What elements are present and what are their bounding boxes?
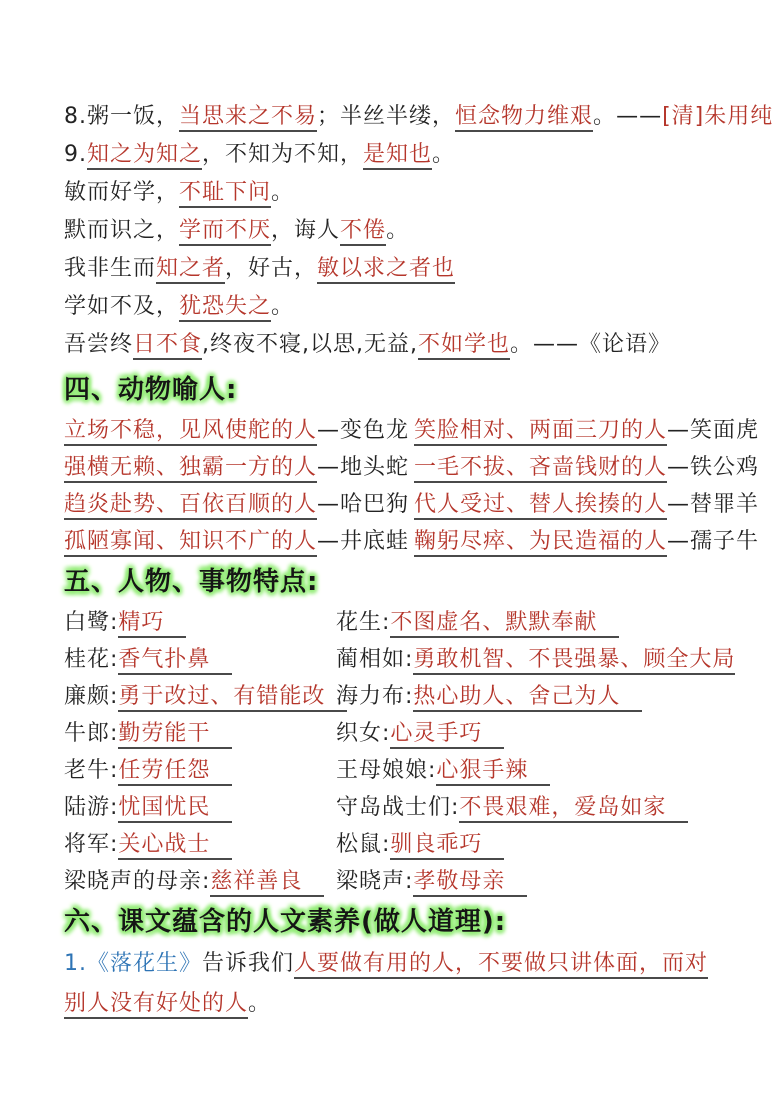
text-segment: 花生: [336,610,390,635]
text-segment: 知之为知之 [87,142,202,170]
text-segment: ，不知为不知， [202,142,363,167]
text-segment: 廉颇: [64,684,118,709]
text-segment: 王母娘娘: [336,758,436,783]
text-segment: 趋炎赴势、百依百顺的人 [64,492,317,520]
trait-cell-right: 海力布:热心助人、舍己为人 [336,678,724,715]
quote-line: 我非生而知之者，好古，敏以求之者也 [64,250,724,288]
text-segment: 。 [271,294,294,319]
text-segment: 关心战士 [118,832,232,860]
text-segment: 蔺相如: [336,647,413,672]
text-segment: 守岛战士们: [336,795,459,820]
text-segment: 心狠手辣 [436,758,550,786]
text-segment: 慈祥善良 [210,869,324,897]
text-segment: 9. [64,142,87,167]
text-segment: 是知也 [363,142,432,170]
text-segment: 8.粥一饭， [64,104,179,129]
animal-cell-right: 一毛不拔、吝啬钱财的人—铁公鸡 [414,449,759,486]
text-segment: 1.《落花生》 [64,951,202,976]
quote-line: 默而识之，学而不厌，诲人不倦。 [64,212,724,250]
text-segment: 老牛: [64,758,118,783]
text-segment: 一毛不拔、吝啬钱财的人 [414,455,667,483]
document-page: 8.粥一饭，当思来之不易；半丝半缕，恒念物力维艰。——[清]朱用纯 9.知之为知… [0,0,780,1103]
text-segment: 勤劳能干 [118,721,232,749]
trait-row: 牛郎:勤劳能干 织女:心灵手巧 [64,715,724,752]
animal-cell-right: 笑脸相对、两面三刀的人—笑面虎 [414,412,759,449]
text-segment: 敏而好学， [64,180,179,205]
text-segment: —— [616,104,662,129]
trait-cell-left: 桂花:香气扑鼻 [64,641,336,678]
text-segment: 忧国忧民 [118,795,232,823]
text-segment: 海力布: [336,684,413,709]
trait-cell-left: 将军:关心战士 [64,826,336,863]
trait-cell-right: 花生:不图虚名、默默奉献 [336,604,724,641]
animal-cell-right: 鞠躬尽瘁、为民造福的人—孺子牛 [414,523,759,560]
quote-line: 敏而好学，不耻下问。 [64,174,724,212]
text-segment: 我非生而 [64,256,156,281]
trait-cell-right: 梁晓声:孝敬母亲 [336,863,724,900]
text-segment: 香气扑鼻 [118,647,232,675]
text-segment: 梁晓声: [336,869,413,894]
trait-row: 将军:关心战士 松鼠:驯良乖巧 [64,826,724,863]
text-segment: 鞠躬尽瘁、为民造福的人 [414,529,667,557]
text-segment: 驯良乖巧 [390,832,504,860]
animal-row: 孤陋寡闻、知识不广的人—井底蛙 鞠躬尽瘁、为民造福的人—孺子牛 [64,523,724,560]
text-segment: 不畏艰难，爱岛如家 [459,795,688,823]
text-segment: 强横无赖、独霸一方的人 [64,455,317,483]
text-segment: 勇于改过、有错能改 [118,684,347,712]
trait-cell-right: 王母娘娘:心狠手辣 [336,752,724,789]
trait-row: 白鹭:精巧 花生:不图虚名、默默奉献 [64,604,724,641]
animal-row: 立场不稳，见风使舵的人—变色龙 笑脸相对、两面三刀的人—笑面虎 [64,412,724,449]
text-segment: ,终夜不寝,以思,无益, [202,332,418,357]
text-segment: 热心助人、舍己为人 [413,684,642,712]
animal-cell-right: 代人受过、替人挨揍的人—替罪羊 [414,486,759,523]
text-segment: 桂花: [64,647,118,672]
text-segment: —替罪羊 [667,492,759,517]
animal-cell-left: 趋炎赴势、百依百顺的人—哈巴狗 [64,486,414,523]
animal-row: 趋炎赴势、百依百顺的人—哈巴狗 代人受过、替人挨揍的人—替罪羊 [64,486,724,523]
trait-cell-left: 梁晓声的母亲:慈祥善良 [64,863,336,900]
text-segment: 敏以求之者也 [317,256,455,284]
text-segment: 代人受过、替人挨揍的人 [414,492,667,520]
animal-row: 强横无赖、独霸一方的人—地头蛇 一毛不拔、吝啬钱财的人—铁公鸡 [64,449,724,486]
section-traits: 五、人物、事物特点: 白鹭:精巧 花生:不图虚名、默默奉献 桂花:香气扑鼻 蔺相… [64,560,724,900]
text-segment: 松鼠: [336,832,390,857]
text-segment: 心灵手巧 [390,721,504,749]
text-segment: 笑脸相对、两面三刀的人 [414,418,667,446]
section-lessons: 六、课文蕴含的人文素养(做人道理): 1.《落花生》告诉我们人要做有用的人，不要… [64,900,724,1024]
text-segment: —井底蛙 [317,529,409,554]
trait-row: 老牛:任劳任怨 王母娘娘:心狠手辣 [64,752,724,789]
text-segment: —孺子牛 [667,529,759,554]
trait-row: 梁晓声的母亲:慈祥善良 梁晓声:孝敬母亲 [64,863,724,900]
text-segment: 精巧 [118,610,186,638]
text-segment: 牛郎: [64,721,118,746]
text-segment: 不耻下问 [179,180,271,208]
quotes-block: 8.粥一饭，当思来之不易；半丝半缕，恒念物力维艰。——[清]朱用纯 9.知之为知… [64,98,724,364]
text-segment: —地头蛇 [317,455,409,480]
trait-cell-right: 织女:心灵手巧 [336,715,724,752]
text-segment: 告诉我们 [202,951,294,976]
text-segment: —笑面虎 [667,418,759,443]
trait-cell-left: 白鹭:精巧 [64,604,336,641]
lesson-line: 1.《落花生》告诉我们人要做有用的人，不要做只讲体面，而对别人没有好处的人。 [64,944,724,1024]
text-segment: 孝敬母亲 [413,869,527,897]
trait-row: 陆游:忧国忧民 守岛战士们:不畏艰难，爱岛如家 [64,789,724,826]
text-segment: 恒念物力维艰 [455,104,593,132]
quote-line: 学如不及，犹恐失之。 [64,288,724,326]
trait-cell-left: 牛郎:勤劳能干 [64,715,336,752]
animal-cell-left: 强横无赖、独霸一方的人—地头蛇 [64,449,414,486]
text-segment: 不如学也 [418,332,510,360]
text-segment: 犹恐失之 [179,294,271,322]
animal-cell-left: 孤陋寡闻、知识不广的人—井底蛙 [64,523,414,560]
text-segment: 梁晓声的母亲: [64,869,210,894]
trait-cell-right: 守岛战士们:不畏艰难，爱岛如家 [336,789,724,826]
trait-cell-right: 蔺相如:勇敢机智、不畏强暴、顾全大局 [336,641,735,678]
text-segment: [清]朱用纯 [662,104,773,129]
trait-cell-left: 陆游:忧国忧民 [64,789,336,826]
animal-cell-left: 立场不稳，见风使舵的人—变色龙 [64,412,414,449]
section-traits-heading: 五、人物、事物特点: [64,560,724,604]
trait-cell-left: 老牛:任劳任怨 [64,752,336,789]
text-segment: 勇敢机智、不畏强暴、顾全大局 [413,647,735,675]
text-segment: 知之者 [156,256,225,284]
trait-cell-left: 廉颇:勇于改过、有错能改 [64,678,336,715]
text-segment: —铁公鸡 [667,455,759,480]
text-segment: 学而不厌 [179,218,271,246]
text-segment: 织女: [336,721,390,746]
trait-cell-right: 松鼠:驯良乖巧 [336,826,724,863]
text-segment: 陆游: [64,795,118,820]
trait-row: 廉颇:勇于改过、有错能改 海力布:热心助人、舍己为人 [64,678,724,715]
quote-line: 8.粥一饭，当思来之不易；半丝半缕，恒念物力维艰。——[清]朱用纯 [64,98,724,136]
text-segment: 不倦 [340,218,386,246]
text-segment: 当思来之不易 [179,104,317,132]
text-segment: 。——《论语》 [510,332,671,357]
text-segment: 立场不稳，见风使舵的人 [64,418,317,446]
text-segment: ，好古， [225,256,317,281]
text-segment: 不图虚名、默默奉献 [390,610,619,638]
quote-line: 9.知之为知之，不知为不知，是知也。 [64,136,724,174]
text-segment: —哈巴狗 [317,492,409,517]
text-segment: ，诲人 [271,218,340,243]
text-segment: ；半丝半缕， [317,104,455,129]
text-segment: 日不食 [133,332,202,360]
text-segment: 。 [271,180,294,205]
text-segment: 。 [386,218,409,243]
text-segment: 。 [593,104,616,129]
text-segment: —变色龙 [317,418,409,443]
section-animals-heading: 四、动物喻人: [64,368,724,412]
section-animals: 四、动物喻人: 立场不稳，见风使舵的人—变色龙 笑脸相对、两面三刀的人—笑面虎 … [64,368,724,560]
text-segment: 白鹭: [64,610,118,635]
quote-line: 吾尝终日不食,终夜不寝,以思,无益,不如学也。——《论语》 [64,326,724,364]
text-segment: 吾尝终 [64,332,133,357]
text-segment: 。 [432,142,455,167]
text-segment: 将军: [64,832,118,857]
trait-row: 桂花:香气扑鼻 蔺相如:勇敢机智、不畏强暴、顾全大局 [64,641,724,678]
text-segment: 任劳任怨 [118,758,232,786]
text-segment: 。 [248,991,271,1016]
text-segment: 孤陋寡闻、知识不广的人 [64,529,317,557]
text-segment: 学如不及， [64,294,179,319]
text-segment: 默而识之， [64,218,179,243]
section-lessons-heading: 六、课文蕴含的人文素养(做人道理): [64,900,724,944]
